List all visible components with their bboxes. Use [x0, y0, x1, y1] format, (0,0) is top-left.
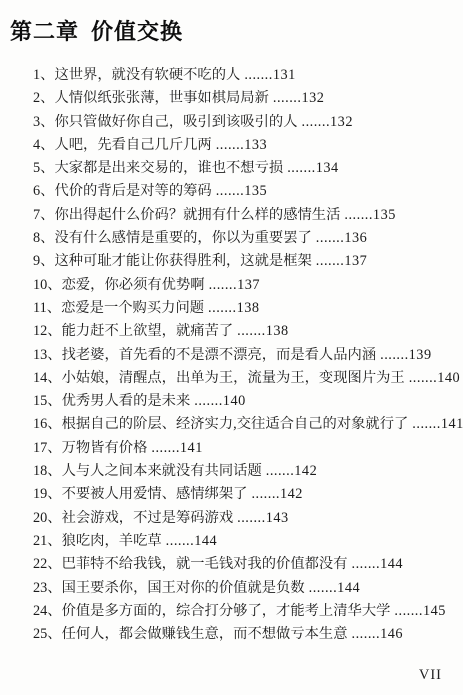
toc-entry-page: 132: [301, 90, 324, 106]
toc-entry: 7、你出得起什么价码？就拥有什么样的感情生活.......135: [33, 204, 463, 227]
toc-entry: 10、恋爱，你必须有优势啊.......137: [33, 274, 463, 297]
toc-entry-title: 找老婆，首先看的不是漂不漂亮，而是看人品内涵: [62, 347, 377, 363]
toc-entry-number: 17、: [33, 440, 62, 456]
toc-entry-number: 11、: [33, 300, 61, 316]
toc-entry-page: 143: [266, 510, 289, 526]
toc-entry-leader: .......: [352, 626, 381, 642]
toc-entry-number: 20、: [33, 510, 62, 526]
toc-entry: 20、社会游戏，不过是筹码游戏.......143: [33, 507, 463, 530]
toc-entry-number: 21、: [33, 533, 62, 549]
toc-entry-number: 19、: [33, 486, 62, 502]
toc-entry-leader: .......: [380, 347, 409, 363]
toc-entry-page: 140: [437, 370, 460, 386]
toc-entry-number: 1、: [33, 67, 54, 83]
toc-entry-number: 5、: [33, 160, 54, 176]
toc-entry-number: 3、: [33, 114, 54, 130]
toc-entry-title: 代价的背后是对等的筹码: [54, 183, 211, 199]
toc-entry-page: 141: [180, 440, 203, 456]
toc-entry: 14、小姑娘，清醒点，出单为王，流量为王，变现图片为王.......140: [33, 367, 463, 390]
toc-entry-page: 132: [330, 114, 353, 130]
toc-entry-title: 小姑娘，清醒点，出单为王，流量为王，变现图片为王: [62, 370, 405, 386]
toc-entry-title: 国王要杀你，国王对你的价值就是负数: [62, 580, 305, 596]
toc-entry-title: 社会游戏，不过是筹码游戏: [62, 510, 234, 526]
toc-entry-number: 6、: [33, 183, 54, 199]
chapter-number: 第二章: [10, 19, 79, 44]
toc-entry: 9、这种可耻才能让你获得胜利，这就是框架.......137: [33, 250, 463, 273]
toc-entry-leader: .......: [316, 253, 345, 269]
page-number: VII: [419, 667, 442, 684]
toc-entry-title: 这世界，就没有软硬不吃的人: [54, 67, 240, 83]
toc-entry-title: 没有什么感情是重要的，你以为重要罢了: [54, 230, 311, 246]
toc-entry-page: 139: [409, 347, 432, 363]
toc-entry-number: 24、: [33, 603, 62, 619]
toc-entry: 21、狼吃肉，羊吃草.......144: [33, 530, 463, 553]
toc-entry-number: 8、: [33, 230, 54, 246]
toc-entry-page: 133: [244, 137, 267, 153]
toc-entry-page: 140: [223, 393, 246, 409]
toc-entry-title: 价值是多方面的，综合打分够了，才能考上清华大学: [62, 603, 391, 619]
toc-entry-title: 狼吃肉，羊吃草: [62, 533, 162, 549]
toc-entry-number: 7、: [33, 207, 54, 223]
book-page: 第二章价值交换 1、这世界，就没有软硬不吃的人.......1312、人情似纸张…: [0, 0, 463, 695]
toc-entry-title: 你出得起什么价码？就拥有什么样的感情生活: [54, 207, 340, 223]
toc-entry-page: 145: [423, 603, 446, 619]
toc-entry-title: 万物皆有价格: [62, 440, 148, 456]
toc-entry-page: 144: [194, 533, 217, 549]
toc-entry-number: 22、: [33, 556, 62, 572]
toc-entry-page: 131: [273, 67, 296, 83]
toc-entry-number: 12、: [33, 323, 62, 339]
toc-entry-number: 18、: [33, 463, 62, 479]
toc-entry-leader: .......: [394, 603, 423, 619]
toc-entry-number: 4、: [33, 137, 54, 153]
toc-entry-leader: .......: [266, 463, 295, 479]
toc-entry-number: 9、: [33, 253, 54, 269]
toc-entry-leader: .......: [352, 556, 381, 572]
toc-entry: 13、找老婆，首先看的不是漂不漂亮，而是看人品内涵.......139: [33, 344, 463, 367]
toc-entry: 8、没有什么感情是重要的，你以为重要罢了.......136: [33, 227, 463, 250]
toc-entry-page: 135: [244, 183, 267, 199]
toc-entry-number: 13、: [33, 347, 62, 363]
toc-entry-page: 144: [337, 580, 360, 596]
toc-entry: 18、人与人之间本来就没有共同话题.......142: [33, 460, 463, 483]
toc-entry-title: 优秀男人看的是未来: [62, 393, 191, 409]
toc-entry: 22、巴菲特不给我钱，就一毛钱对我的价值都没有.......144: [33, 553, 463, 576]
toc-entry-title: 人与人之间本来就没有共同话题: [62, 463, 262, 479]
toc-entry-number: 10、: [33, 277, 62, 293]
toc-entry-title: 不要被人用爱情、感情绑架了: [62, 486, 248, 502]
toc-entry-title: 巴菲特不给我钱，就一毛钱对我的价值都没有: [62, 556, 348, 572]
toc-entry-leader: .......: [251, 486, 280, 502]
toc-entry: 16、根据自己的阶层、经济实力,交往适合自己的对象就行了.......141: [33, 413, 463, 436]
toc-entry-page: 146: [380, 626, 403, 642]
toc-entry-leader: .......: [216, 137, 245, 153]
toc-entry-leader: .......: [316, 230, 345, 246]
chapter-heading: 第二章价值交换: [0, 0, 463, 45]
toc-entry: 15、优秀男人看的是未来.......140: [33, 390, 463, 413]
toc-entry-title: 这种可耻才能让你获得胜利，这就是框架: [54, 253, 311, 269]
toc-entry-leader: .......: [412, 416, 441, 432]
toc-entry-page: 142: [280, 486, 303, 502]
toc-entry-page: 138: [266, 323, 289, 339]
toc-entry-leader: .......: [273, 90, 302, 106]
chapter-title: 价值交换: [91, 19, 183, 44]
toc-entry-number: 15、: [33, 393, 62, 409]
toc-entry-page: 136: [344, 230, 367, 246]
toc-entry: 24、价值是多方面的，综合打分够了，才能考上清华大学.......145: [33, 600, 463, 623]
toc-entry-page: 135: [373, 207, 396, 223]
toc-entry-leader: .......: [151, 440, 180, 456]
toc-entry: 12、能力赶不上欲望，就痛苦了.......138: [33, 320, 463, 343]
toc-entry-title: 能力赶不上欲望，就痛苦了: [62, 323, 234, 339]
toc-entry-leader: .......: [216, 183, 245, 199]
toc-entry-leader: .......: [237, 323, 266, 339]
toc-entry: 6、代价的背后是对等的筹码.......135: [33, 180, 463, 203]
toc-entry-number: 14、: [33, 370, 62, 386]
toc-entry: 3、你只管做好你自己，吸引到该吸引的人.......132: [33, 111, 463, 134]
toc-entry-number: 25、: [33, 626, 62, 642]
toc-entry-leader: .......: [208, 300, 237, 316]
toc-entry-leader: .......: [166, 533, 195, 549]
toc-entry-title: 大家都是出来交易的，谁也不想亏损: [54, 160, 283, 176]
toc-entry-leader: .......: [244, 67, 273, 83]
toc-entry: 4、人吧，先看自己几斤几两.......133: [33, 134, 463, 157]
toc-entry: 23、国王要杀你，国王对你的价值就是负数.......144: [33, 577, 463, 600]
toc-entry: 11、恋爱是一个购买力问题.......138: [33, 297, 463, 320]
toc-entry: 25、任何人，都会做赚钱生意，而不想做亏本生意.......146: [33, 623, 463, 646]
toc-entry-number: 23、: [33, 580, 62, 596]
toc-entry-title: 人吧，先看自己几斤几两: [54, 137, 211, 153]
toc-entry-page: 134: [316, 160, 339, 176]
toc-entry-page: 138: [237, 300, 260, 316]
toc-entry-title: 恋爱，你必须有优势啊: [62, 277, 205, 293]
toc-entry: 5、大家都是出来交易的，谁也不想亏损.......134: [33, 157, 463, 180]
toc-entry-title: 恋爱是一个购买力问题: [61, 300, 204, 316]
toc-entry-leader: .......: [344, 207, 373, 223]
toc-entry-number: 16、: [33, 416, 62, 432]
toc-entry-title: 任何人，都会做赚钱生意，而不想做亏本生意: [62, 626, 348, 642]
toc-entry: 1、这世界，就没有软硬不吃的人.......131: [33, 64, 463, 87]
toc-entry-leader: .......: [237, 510, 266, 526]
toc-list: 1、这世界，就没有软硬不吃的人.......1312、人情似纸张张薄，世事如棋局…: [0, 64, 463, 646]
toc-entry-leader: .......: [409, 370, 438, 386]
toc-entry-page: 142: [294, 463, 317, 479]
toc-entry-title: 你只管做好你自己，吸引到该吸引的人: [54, 114, 297, 130]
toc-entry: 19、不要被人用爱情、感情绑架了.......142: [33, 483, 463, 506]
toc-entry-number: 2、: [33, 90, 54, 106]
toc-entry-title: 人情似纸张张薄，世事如棋局局新: [54, 90, 268, 106]
toc-entry-page: 137: [344, 253, 367, 269]
toc-entry-title: 根据自己的阶层、经济实力,交往适合自己的对象就行了: [62, 416, 409, 432]
toc-entry-page: 137: [237, 277, 260, 293]
toc-entry-leader: .......: [194, 393, 223, 409]
toc-entry-page: 144: [380, 556, 403, 572]
toc-entry-leader: .......: [287, 160, 316, 176]
toc-entry: 2、人情似纸张张薄，世事如棋局局新.......132: [33, 87, 463, 110]
toc-entry-leader: .......: [302, 114, 331, 130]
toc-entry-page: 141: [441, 416, 463, 432]
toc-entry: 17、万物皆有价格.......141: [33, 437, 463, 460]
toc-entry-leader: .......: [309, 580, 338, 596]
toc-entry-leader: .......: [209, 277, 238, 293]
